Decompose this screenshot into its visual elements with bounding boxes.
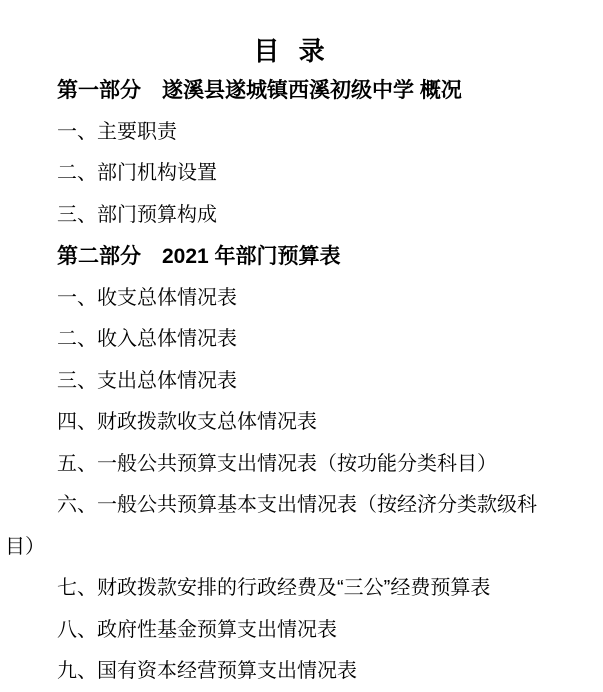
- toc-item-general-public-budget-expense: 五、一般公共预算支出情况表（按功能分类科目）: [5, 444, 575, 486]
- toc-item-admin-three-public-funds: 七、财政拨款安排的行政经费及“三公”经费预算表: [5, 568, 575, 610]
- toc-item-main-duties: 一、主要职责: [5, 112, 575, 154]
- toc-item-income-overview: 二、收入总体情况表: [5, 319, 575, 361]
- toc-item-fiscal-appropriation-overview: 四、财政拨款收支总体情况表: [5, 402, 575, 444]
- toc-item-income-expense-overview: 一、收支总体情况表: [5, 278, 575, 320]
- toc-section-heading-part1: 第一部分 遂溪县遂城镇西溪初级中学 概况: [5, 70, 575, 112]
- toc-item-general-public-budget-basic-expense-wrap: 目）: [5, 527, 575, 569]
- toc-item-state-capital-budget: 九、国有资本经营预算支出情况表: [5, 651, 575, 692]
- toc-item-government-fund-budget: 八、政府性基金预算支出情况表: [5, 610, 575, 652]
- toc-section-heading-part2: 第二部分 2021 年部门预算表: [5, 236, 575, 278]
- toc-item-org-setup: 二、部门机构设置: [5, 153, 575, 195]
- toc-list: 第一部分 遂溪县遂城镇西溪初级中学 概况 一、主要职责 二、部门机构设置 三、部…: [5, 70, 575, 692]
- toc-item-expense-overview: 三、支出总体情况表: [5, 361, 575, 403]
- toc-item-budget-composition: 三、部门预算构成: [5, 195, 575, 237]
- page-title: 目 录: [5, 0, 575, 68]
- document-page: 目 录 第一部分 遂溪县遂城镇西溪初级中学 概况 一、主要职责 二、部门机构设置…: [0, 0, 603, 692]
- toc-item-general-public-budget-basic-expense: 六、一般公共预算基本支出情况表（按经济分类款级科: [5, 485, 575, 527]
